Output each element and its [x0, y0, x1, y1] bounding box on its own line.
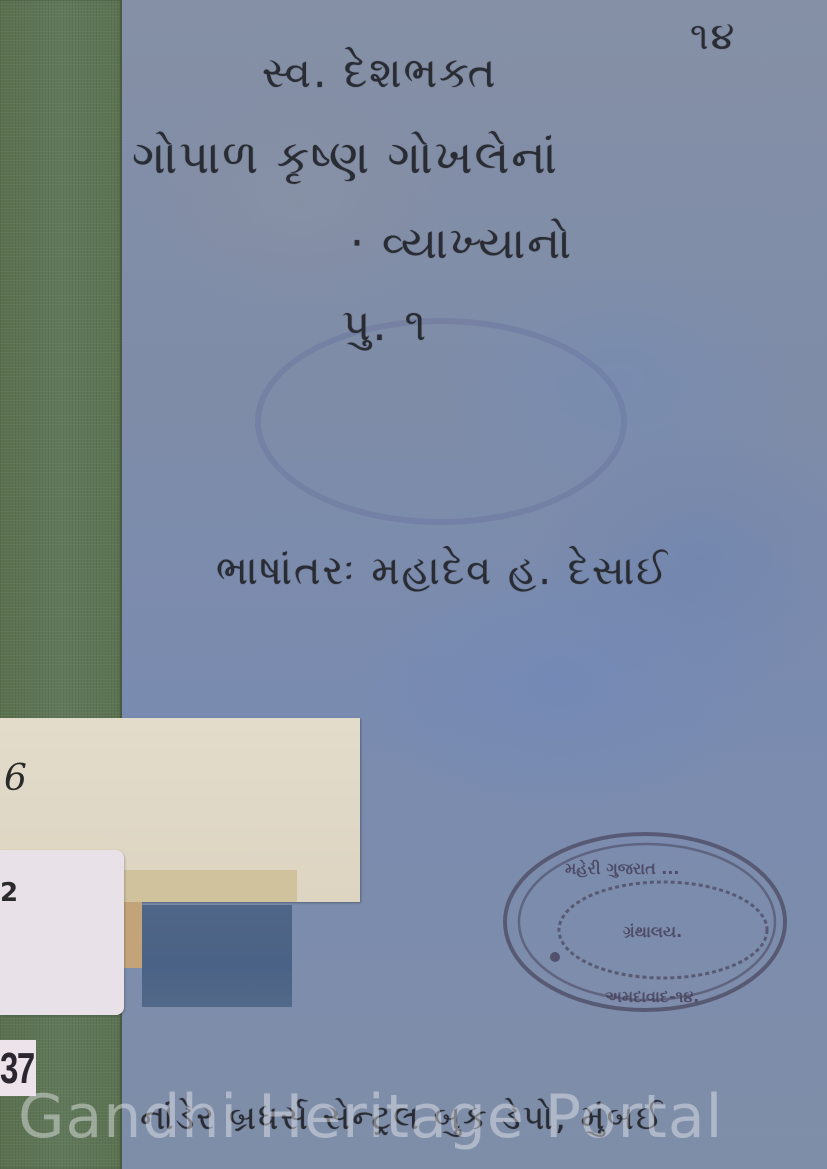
worn-patch — [142, 905, 292, 1007]
title-prefix: સ્વ. દેશભક્ત — [262, 48, 497, 98]
library-label-number: 6 — [4, 758, 27, 799]
library-stamp: મહેરી ગુજરાત ... ગ્રંથાલય. અમદાવાદ-૧૪. — [495, 822, 805, 1022]
stamp-top-text: મહેરી ગુજરાત ... — [565, 858, 680, 879]
shelf-label-number: 2 — [0, 878, 18, 908]
title-author-name: ગોપાળ કૃષ્ણ ગોખલેનાં — [132, 130, 559, 186]
brown-tape-strip — [122, 902, 142, 968]
shelf-label — [0, 850, 124, 1015]
stamp-bottom-text: અમદાવાદ-૧૪. — [605, 987, 699, 1006]
stamp-center-text: ગ્રંથાલય. — [623, 922, 682, 941]
book-cover: ૧૪ સ્વ. દેશભક્ત ગોપાળ કૃષ્ણ ગોખલેનાં · વ… — [0, 0, 827, 1169]
watermark: Gandhi Heritage Portal — [18, 1082, 723, 1152]
title-main: · વ્યાખ્યાનો — [350, 218, 573, 269]
catalog-number: ૧૪ — [690, 14, 736, 59]
adhesive-tape — [122, 870, 297, 902]
faded-oval-stamp — [255, 318, 627, 525]
translator-credit: ભાષાંતરઃ મહાદેવ હ. દેસાઈ — [216, 548, 669, 594]
volume-label: પુ. ૧ — [342, 300, 428, 351]
